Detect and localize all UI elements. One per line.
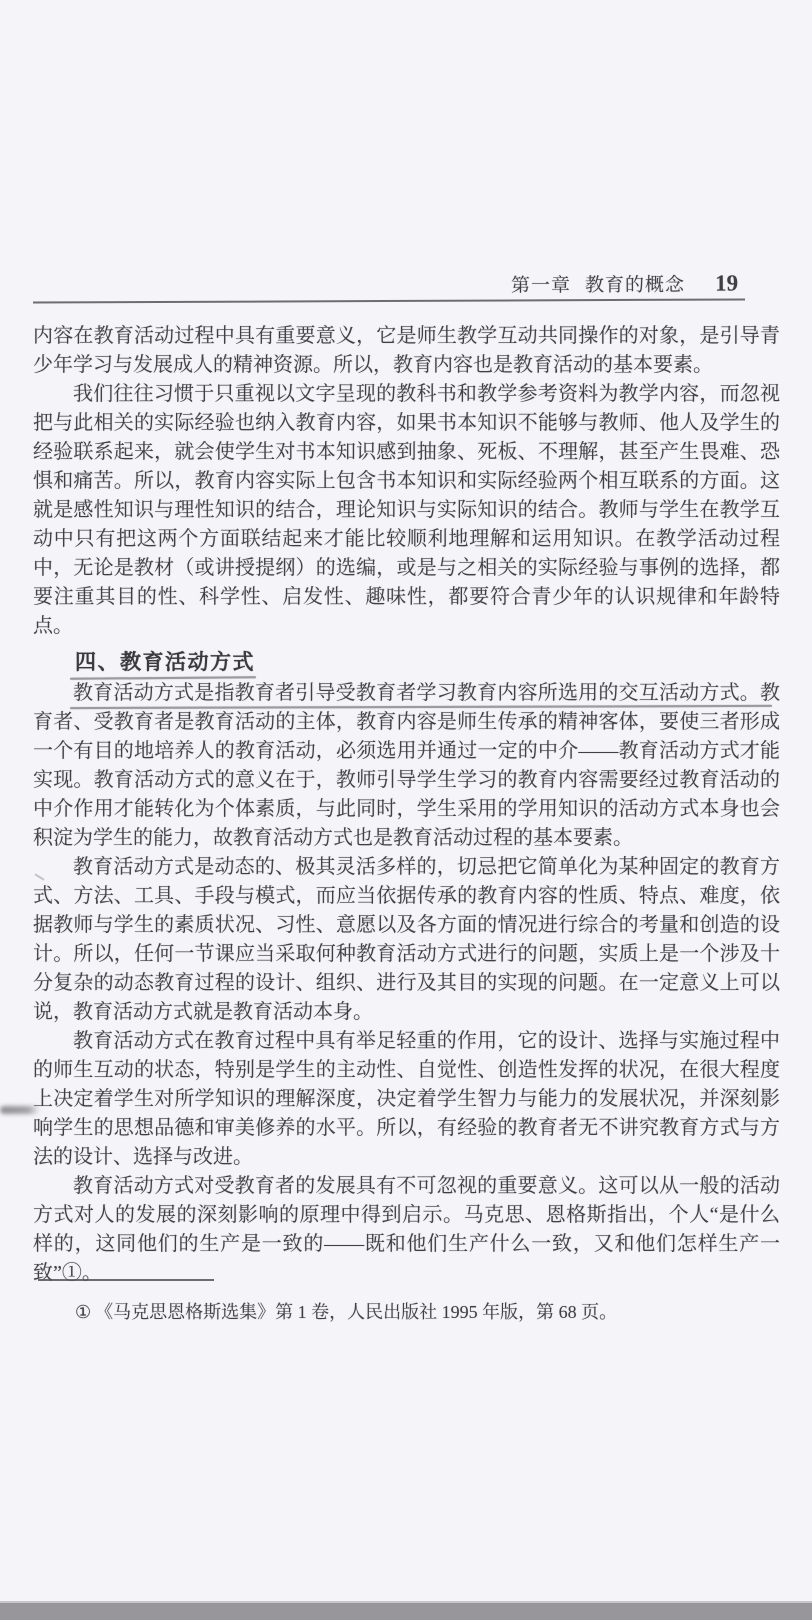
paragraph-dynamic-nature: 教育活动方式是动态的、极其灵活多样的，切忌把它简单化为某种固定的教育方式、方法、… <box>33 853 780 1027</box>
footnote-separator-rule <box>38 1279 214 1281</box>
running-head-chapter: 第一章 <box>511 270 571 297</box>
footnote: ①《马克思恩格斯选集》第 1 卷，人民出版社 1995 年版，第 68 页。 <box>75 1299 775 1325</box>
paragraph-marx-quote: 教育活动方式对受教育者的发展具有不可忽视的重要意义。这可以从一般的活动方式对人的… <box>33 1172 780 1288</box>
running-head-title: 教育的概念 <box>585 270 685 297</box>
paragraph-education-content: 我们往往习惯于只重视以文字呈现的教科书和教学参考资料为教学内容，而忽视把与此相关… <box>33 380 780 641</box>
paragraph-role-in-process: 教育活动方式在教育过程中具有举足轻重的作用，它的设计、选择与实施过程中的师生互动… <box>33 1027 780 1172</box>
screenshot-bottom-bar <box>0 1601 812 1620</box>
running-head: 第一章 教育的概念 19 <box>511 270 738 298</box>
footnote-text: 《马克思恩格斯选集》第 1 卷，人民出版社 1995 年版，第 68 页。 <box>95 1302 617 1322</box>
paragraph-continuation: 内容在教育活动过程中具有重要意义，它是师生教学互动共同操作的对象，是引导青少年学… <box>33 322 780 380</box>
scan-layer: 第一章 教育的概念 19 内容在教育活动过程中具有重要意义，它是师生教学互动共同… <box>0 0 812 1620</box>
section-heading: 四、教育活动方式 <box>75 646 255 676</box>
page-number: 19 <box>715 271 738 297</box>
footnote-marker: ① <box>75 1302 91 1322</box>
scanned-book-page: 第一章 教育的概念 19 内容在教育活动过程中具有重要意义，它是师生教学互动共同… <box>0 0 812 1620</box>
header-rule <box>33 298 745 303</box>
scan-smudge-artifact <box>0 1106 40 1114</box>
definition-sentence: 教育活动方式是指教育者引导受教育者学习教育内容所选用的交互活动方式。 <box>73 682 760 704</box>
